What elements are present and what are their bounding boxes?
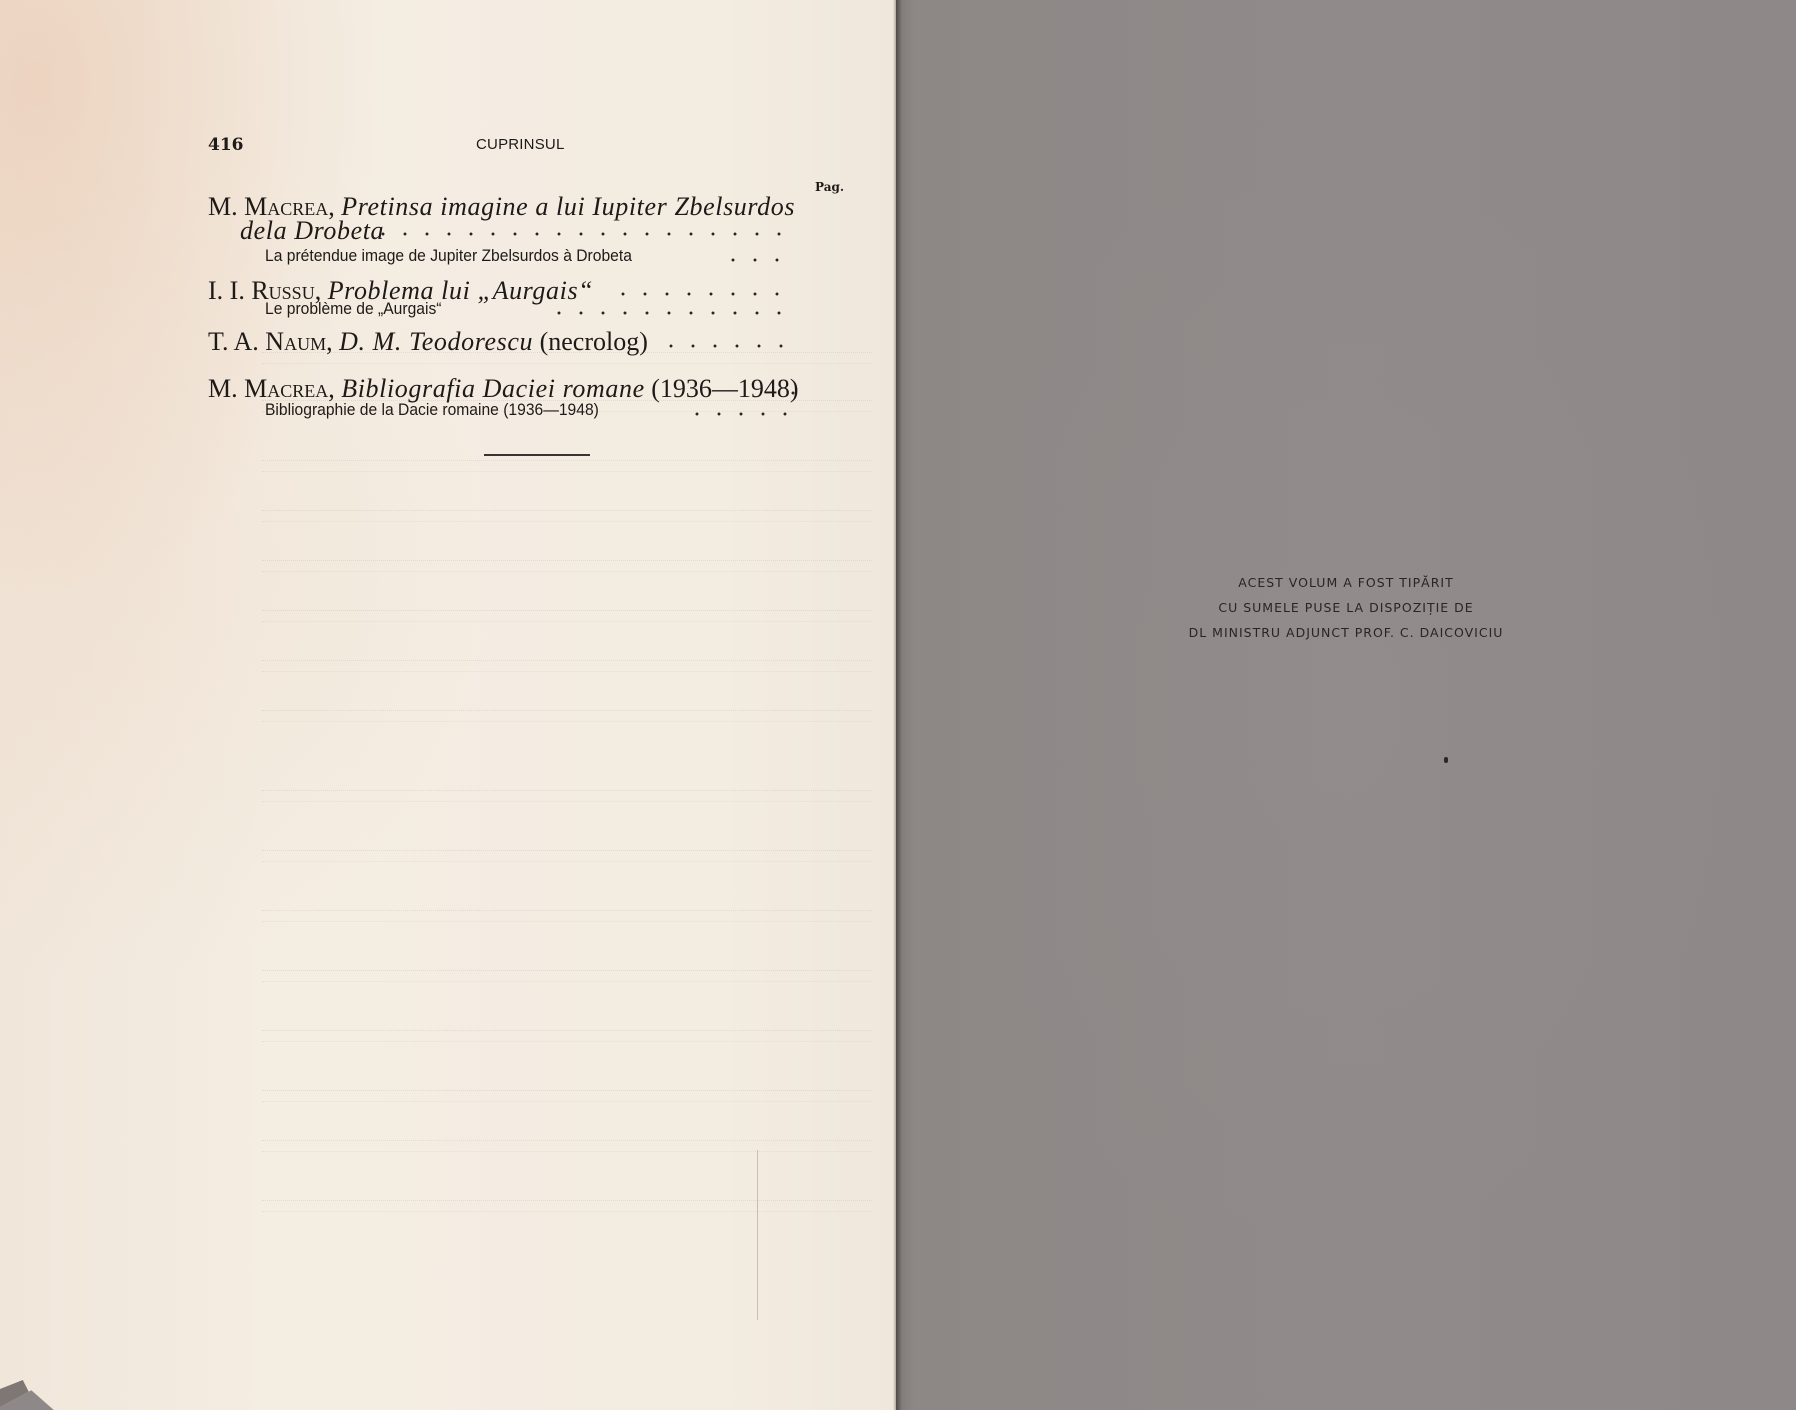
show-through-texture bbox=[262, 850, 872, 862]
show-through-texture bbox=[262, 1090, 872, 1102]
dot-leader bbox=[372, 232, 792, 236]
author-surname: Naum bbox=[265, 327, 326, 356]
torn-corner bbox=[0, 1380, 38, 1410]
article-title: Bibliografia Daciei romane bbox=[341, 374, 645, 403]
show-through-texture bbox=[262, 1030, 872, 1042]
toc-entry-title-continued: dela Drobeta bbox=[240, 216, 384, 246]
dot-leader bbox=[686, 412, 796, 416]
dot-leader bbox=[782, 391, 796, 395]
article-title: Pretinsa imagine a lui Iupiter Zbelsurdo… bbox=[341, 192, 795, 221]
toc-entry-subtitle: La prétendue image de Jupiter Zbelsurdos… bbox=[265, 246, 632, 266]
show-through-texture bbox=[262, 510, 872, 522]
article-title-suffix: (necrolog) bbox=[540, 327, 648, 356]
show-through-texture bbox=[262, 970, 872, 982]
dot-leader bbox=[612, 292, 792, 296]
show-through-texture bbox=[262, 790, 872, 802]
show-through-texture bbox=[262, 660, 872, 672]
imprint-line: DL MINISTRU ADJUNCT PROF. C. DAICOVICIU bbox=[896, 625, 1796, 640]
left-page: 416 CUPRINSUL Pag. M. Macrea, Pretinsa i… bbox=[0, 0, 896, 1410]
show-through-texture bbox=[262, 710, 872, 722]
author-initial: M. bbox=[208, 192, 238, 221]
book-spread: 416 CUPRINSUL Pag. M. Macrea, Pretinsa i… bbox=[0, 0, 1796, 1410]
right-page: ACEST VOLUM A FOST TIPĂRIT CU SUMELE PUS… bbox=[896, 0, 1796, 1410]
dot-leader bbox=[660, 344, 792, 348]
show-through-texture bbox=[262, 560, 872, 572]
end-rule bbox=[484, 454, 590, 456]
author-initial: I. I. bbox=[208, 276, 245, 305]
show-through-texture bbox=[262, 460, 872, 472]
show-through-texture bbox=[262, 910, 872, 922]
author-initial: M. bbox=[208, 374, 238, 403]
toc-entry-subtitle: Le problème de „Aurgais“ bbox=[265, 299, 441, 319]
dot-leader bbox=[548, 311, 792, 315]
paper-speck bbox=[1444, 757, 1448, 763]
imprint-line: ACEST VOLUM A FOST TIPĂRIT bbox=[896, 575, 1796, 590]
toc-entry-title: T. A. Naum, D. M. Teodorescu (necrolog) bbox=[208, 327, 648, 357]
page-number: 416 bbox=[208, 135, 244, 155]
show-through-texture bbox=[262, 1140, 872, 1152]
article-title-suffix: (1936—1948) bbox=[651, 374, 798, 403]
comma: , bbox=[328, 374, 335, 403]
show-through-texture bbox=[262, 610, 872, 622]
comma: , bbox=[326, 327, 333, 356]
running-head: CUPRINSUL bbox=[476, 136, 564, 153]
show-through-texture bbox=[262, 1200, 872, 1212]
page-column-label: Pag. bbox=[815, 180, 844, 194]
imprint-line: CU SUMELE PUSE LA DISPOZIȚIE DE bbox=[896, 600, 1796, 615]
author-initial: T. A. bbox=[208, 327, 259, 356]
dot-leader bbox=[722, 258, 792, 262]
author-surname: Macrea bbox=[244, 374, 328, 403]
toc-entry-subtitle: Bibliographie de la Dacie romaine (1936—… bbox=[265, 400, 599, 420]
paper-crease bbox=[757, 1150, 758, 1320]
article-title: D. M. Teodorescu bbox=[339, 327, 533, 356]
